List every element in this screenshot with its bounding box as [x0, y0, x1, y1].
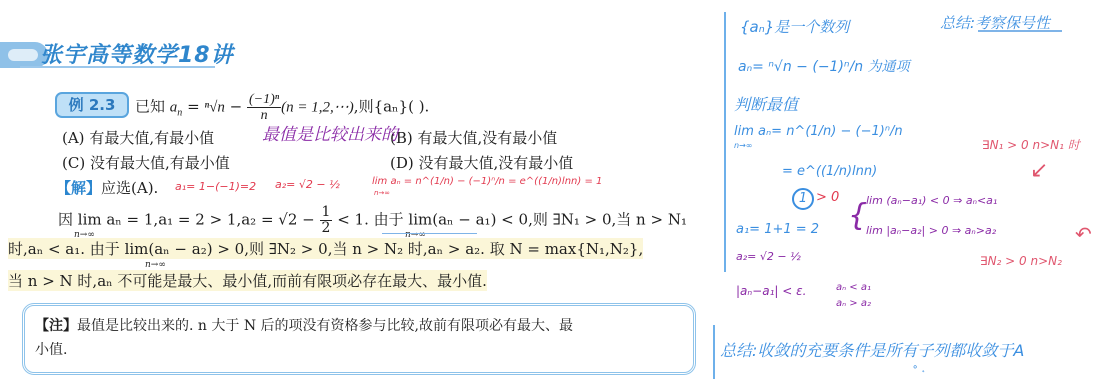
- note-text-continued: 小值.: [35, 342, 67, 358]
- annotation-red-lim: lim aₙ = n^(1/n) − (−1)ⁿ/n = e^((1/n)lnn…: [372, 176, 602, 187]
- note-box: 【注】最值是比较出来的. n 大于 N 后的项没有资格参与比较,故前有限项必有最…: [22, 303, 696, 375]
- note-limit: lim aₙ= n^(1/n) − (−1)ⁿ/n: [734, 124, 903, 139]
- option-key: (D): [390, 154, 414, 172]
- note-compare-2: aₙ > a₂: [836, 298, 871, 309]
- margin-line-bottom: [713, 325, 715, 379]
- note-limit-sub: n→∞: [734, 141, 752, 150]
- option-c: (C) 没有最大值,有最小值: [62, 152, 230, 173]
- problem-statement: 已知 an = ⁿ√n − (−1)ⁿ n (n = 1,2,⋯),则{aₙ}(…: [135, 92, 429, 123]
- annotation-red-a1: a₁= 1−(−1)=2: [175, 180, 256, 193]
- solution-line-2: 时,aₙ < a₁. 由于 lim(aₙ − a₂) > 0,则 ∃N₂ > 0…: [8, 238, 643, 259]
- note-compare-1: aₙ < a₁: [836, 282, 871, 293]
- book-header-title: 张宇高等数学18讲: [40, 38, 234, 69]
- note-gt-zero: > 0: [816, 190, 839, 205]
- problem-suffix: ,则{aₙ}( ).: [354, 98, 430, 116]
- formula-range: (n = 1,2,⋯): [281, 100, 354, 116]
- option-key: (C): [62, 154, 85, 172]
- option-d: (D) 没有最大值,没有最小值: [390, 152, 573, 173]
- stray-marks: ∘ ˛: [912, 362, 926, 373]
- note-sequence: {aₙ}是一个数列: [740, 16, 849, 37]
- annotation-red-a2: a₂= √2 − ½: [275, 178, 340, 191]
- fraction-numerator: (−1)ⁿ: [247, 92, 281, 108]
- formula-fraction: (−1)ⁿ n: [247, 92, 281, 123]
- solution-tag: 【解】: [56, 179, 101, 197]
- note-exists-n2: ∃N₂ > 0 n>N₂: [980, 254, 1062, 268]
- option-a: (A) 有最大值,有最小值: [62, 127, 214, 148]
- option-text: 有最大值,没有最小值: [418, 129, 558, 147]
- note-summary-bottom: 总结:收敛的充要条件是所有子列都收敛于A: [720, 338, 1024, 361]
- note-content: 【注】最值是比较出来的. n 大于 N 后的项没有资格参与比较,故前有限项必有最…: [35, 314, 675, 362]
- note-brace-line1: lim (aₙ−a₁) < 0 ⇒ aₙ<a₁: [866, 194, 997, 207]
- arrow-down-left-icon: ↙: [1030, 158, 1048, 183]
- note-exp: = e^((1/n)lnn): [782, 164, 877, 179]
- arrow-curve-icon: ↶: [1075, 222, 1092, 246]
- note-general-term: aₙ= ⁿ√n − (−1)ⁿ/n 为通项: [738, 56, 910, 76]
- note-a1: a₁= 1+1 = 2: [736, 222, 819, 237]
- note-judge-extremum: 判断最值: [734, 92, 798, 115]
- note-brace-line2: lim |aₙ−a₂| > 0 ⇒ aₙ>a₂: [866, 224, 996, 237]
- solution-line-3: 当 n > N 时,aₙ 不可能是最大、最小值,而前有限项必存在最大、最小值.: [8, 270, 487, 291]
- half-fraction: 1 2: [320, 205, 333, 236]
- solution-line1-part-b: < 1. 由于 lim(aₙ − a₁) < 0,则 ∃N₁ > 0,当 n >…: [337, 211, 687, 229]
- solution-answer: 应选(A).: [101, 179, 158, 197]
- note-a2: a₂= √2 − ½: [736, 250, 801, 263]
- circled-one: 1: [792, 188, 814, 210]
- brace-icon: {: [848, 186, 867, 246]
- annotation-purple: 最值是比较出来的: [262, 120, 398, 145]
- note-abs-epsilon: |aₙ−a₁| < ε.: [736, 284, 806, 298]
- option-text: 没有最大值,有最小值: [90, 154, 230, 172]
- option-text: 有最大值,有最小值: [89, 129, 214, 147]
- problem-prefix: 已知: [135, 98, 165, 116]
- header-rule: [20, 66, 215, 68]
- lim-subscript: n→∞: [145, 260, 166, 270]
- blue-pen-underline: [382, 233, 477, 234]
- note-tag: 【注】: [35, 318, 77, 334]
- option-text: 没有最大值,没有最小值: [419, 154, 574, 172]
- option-key: (A): [62, 129, 85, 147]
- solution-line1-part-a: 因 lim aₙ = 1,a₁ = 2 > 1,a₂ = √2 −: [58, 211, 315, 229]
- solution-header: 【解】应选(A).: [56, 177, 158, 198]
- note-exists-n1: ∃N₁ > 0 n>N₁ 时: [982, 136, 1080, 153]
- annotation-red-lim-sub: n→∞: [374, 189, 390, 197]
- margin-line: [724, 12, 726, 272]
- fraction-numerator: 1: [320, 205, 333, 221]
- solution-line-1: 因 lim aₙ = 1,a₁ = 2 > 1,a₂ = √2 − 1 2 < …: [58, 205, 687, 236]
- note-text: 最值是比较出来的. n 大于 N 后的项没有资格参与比较,故前有限项必有最大、最: [77, 318, 573, 334]
- formula-minus: −: [225, 98, 247, 116]
- fraction-denominator: 2: [320, 221, 333, 236]
- summary-underline: [978, 30, 1062, 32]
- formula-root: ⁿ√n: [204, 100, 224, 116]
- example-badge: 例 2.3: [55, 92, 129, 118]
- formula-eq: =: [182, 98, 204, 116]
- option-b: (B) 有最大值,没有最小值: [390, 127, 557, 148]
